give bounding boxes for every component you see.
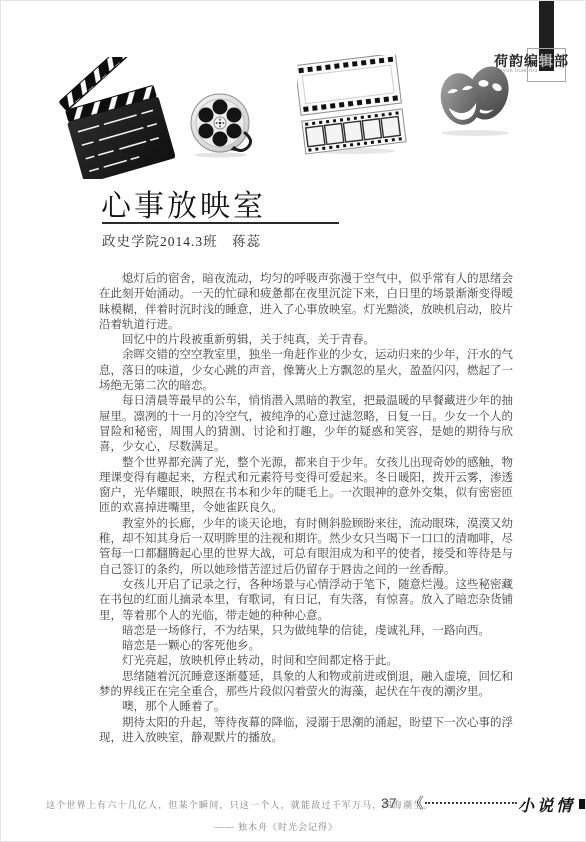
theater-masks-image xyxy=(431,57,517,142)
black-square-icon xyxy=(579,799,586,809)
film-reel-image xyxy=(187,93,261,164)
footer-quote-attribution: —— 独木舟《时光会记得》 xyxy=(46,820,338,833)
article-title: 心事放映室 xyxy=(101,181,266,225)
guillemet-mark: 《 xyxy=(409,797,424,812)
article-paragraph: 女孩儿开启了记录之行，各种场景与心情浮动于笔下，随意烂漫。这些秘密藏在书包的红面… xyxy=(99,578,513,624)
title-underline xyxy=(102,222,339,224)
section-name: 小说情 xyxy=(518,793,575,816)
article-body: 熄灯后的宿舍，暗夜流动，均匀的呼吸声弥漫于空气中，似乎常有人的思绪会在此刻开始涌… xyxy=(99,272,513,746)
dotted-leader xyxy=(425,801,517,804)
article-paragraph: 暗恋是一颗心的客死他乡。 xyxy=(99,639,513,654)
article-paragraph: 噢，那个人睡着了。 xyxy=(99,700,513,715)
magazine-page: 荷韵编辑部 Heyun bianjibu xyxy=(0,0,586,842)
article-paragraph: 期待太阳的升起，等待夜幕的降临，浸溺于思潮的涌起，盼望下一次心事的浮现，进入放映… xyxy=(99,716,513,747)
article-paragraph: 余晖交错的空空教室里，独坐一角赶作业的少女，运动归来的少年，汗水的气息，落日的味… xyxy=(99,348,513,394)
article-paragraph: 熄灯后的宿舍，暗夜流动，均匀的呼吸声弥漫于空气中，似乎常有人的思绪会在此刻开始涌… xyxy=(99,272,513,333)
clapperboard-image xyxy=(57,57,175,184)
section-footer: 《 小说情 xyxy=(409,794,569,814)
article-byline: 政史学院2014.3班 蒋蕊 xyxy=(102,230,261,250)
article-paragraph: 每日清晨等最早的公车，悄悄潜入黑暗的教室，把最温暖的早餐藏进少年的抽屉里。凛冽的… xyxy=(99,394,513,455)
article-paragraph: 灯光亮起，放映机停止转动，时间和空间都定格于此。 xyxy=(99,654,513,669)
article-paragraph: 回忆中的片段被重新剪辑，关于纯真，关于青春。 xyxy=(99,333,513,348)
article-paragraph: 教室外的长廊，少年的谈天论地，有时侧斜脸顾盼来往，流动眼珠，漠漠又幼稚，却不知其… xyxy=(99,517,513,578)
footer-quote: 这个世界上有六十几亿人，但某个瞬间，只这一个人，就能敌过千军万马，四海潮生。 xyxy=(46,800,348,811)
film-strip-image xyxy=(297,55,407,160)
page-number: 37 xyxy=(381,795,397,811)
article-paragraph: 整个世界都充满了光，整个光源，都来自于少年。女孩儿出现奇妙的感触，物理课变得有趣… xyxy=(99,456,513,517)
article-paragraph: 思绪随着沉沉睡意逐渐蔓延，具象的人和物或前进或倒退，融入虚境，回忆和梦的界线正在… xyxy=(99,670,513,701)
article-paragraph: 暗恋是一场修行，不为结果，只为做纯挚的信徒，虔诚礼拜，一路向西。 xyxy=(99,624,513,639)
